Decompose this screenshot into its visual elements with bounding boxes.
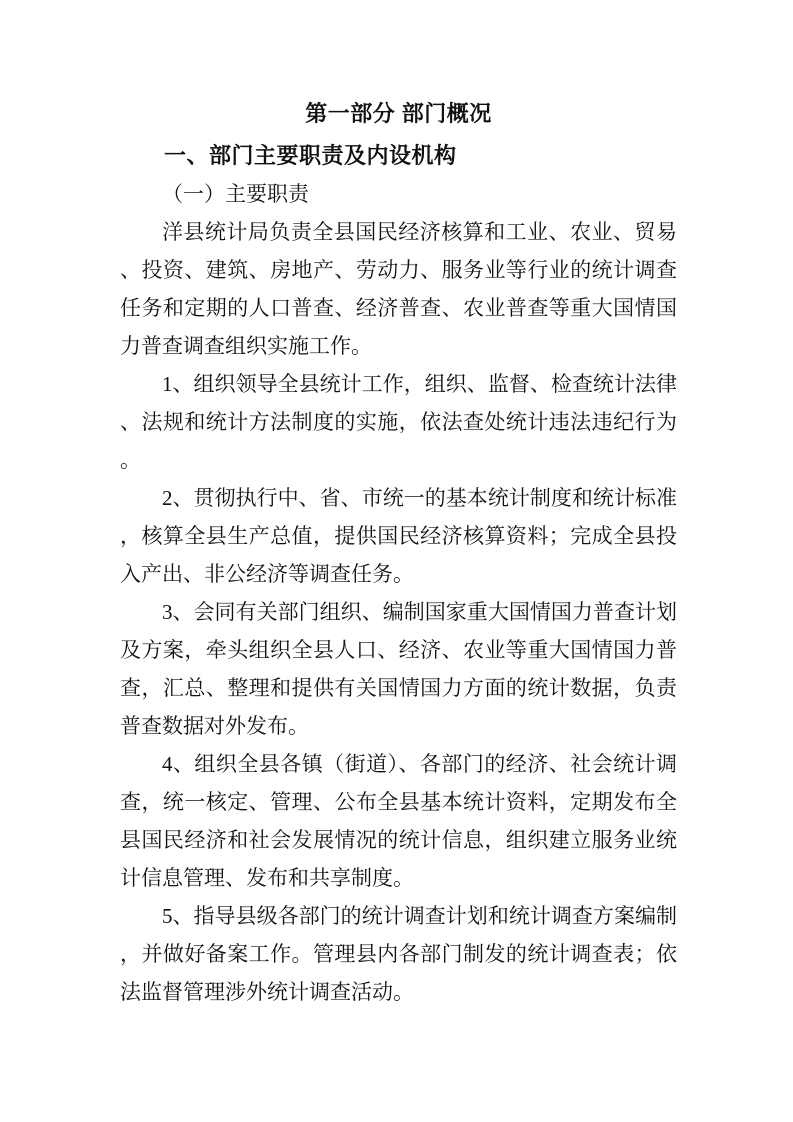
document-title: 第一部分 部门概况 — [120, 95, 677, 133]
body-paragraph: 1、组织领导全县统计工作，组织、监督、检查统计法律、法规和统计方法制度的实施，依… — [120, 365, 677, 479]
body-paragraph: 3、会同有关部门组织、编制国家重大国情国力普查计划及方案，牵头组织全县人口、经济… — [120, 593, 677, 745]
section-heading: 一、部门主要职责及内设机构 — [120, 137, 677, 175]
paragraph-list: 洋县统计局负责全县国民经济核算和工业、农业、贸易、投资、建筑、房地产、劳动力、服… — [120, 213, 677, 1011]
body-paragraph: 4、组织全县各镇（街道）、各部门的经济、社会统计调查，统一核定、管理、公布全县基… — [120, 745, 677, 897]
subsection-heading: （一）主要职责 — [120, 175, 677, 213]
body-paragraph: 5、指导县级各部门的统计调查计划和统计调查方案编制，并做好备案工作。管理县内各部… — [120, 897, 677, 1011]
document-page: 第一部分 部门概况 一、部门主要职责及内设机构 （一）主要职责 洋县统计局负责全… — [0, 0, 793, 1122]
body-paragraph: 洋县统计局负责全县国民经济核算和工业、农业、贸易、投资、建筑、房地产、劳动力、服… — [120, 213, 677, 365]
body-paragraph: 2、贯彻执行中、省、市统一的基本统计制度和统计标准，核算全县生产总值，提供国民经… — [120, 479, 677, 593]
